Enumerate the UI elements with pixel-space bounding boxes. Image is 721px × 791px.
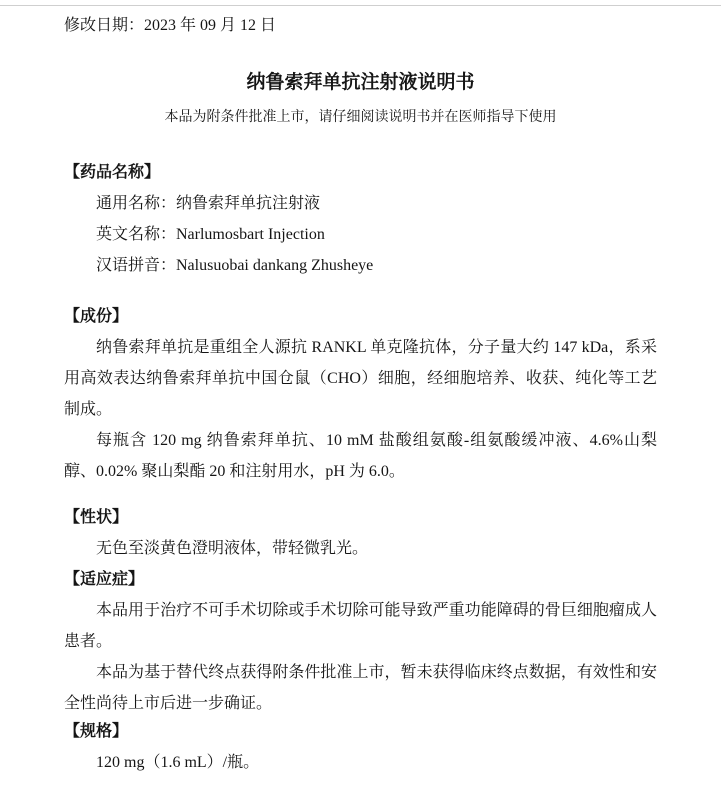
- indications-paragraph-2: 本品为基于替代终点获得附条件批准上市，暂未获得临床终点数据，有效性和安全性尚待上…: [64, 657, 657, 719]
- section-indications: 【适应症】 本品用于治疗不可手术切除或手术切除可能导致严重功能障碍的骨巨细胞瘤成…: [64, 564, 657, 719]
- indications-paragraph-1: 本品用于治疗不可手术切除或手术切除可能导致严重功能障碍的骨巨细胞瘤成人患者。: [64, 595, 657, 657]
- section-heading-indications: 【适应症】: [64, 564, 657, 595]
- section-composition: 【成份】 纳鲁索拜单抗是重组全人源抗 RANKL 单克隆抗体，分子量大约 147…: [64, 301, 657, 487]
- section-heading-drug-name: 【药品名称】: [64, 157, 657, 188]
- doc-title: 纳鲁索拜单抗注射液说明书: [64, 69, 657, 96]
- composition-paragraph-2: 每瓶含 120 mg 纳鲁索拜单抗、10 mM 盐酸组氨酸-组氨酸缓冲液、4.6…: [64, 425, 657, 487]
- document-page: 修改日期：2023 年 09 月 12 日 纳鲁索拜单抗注射液说明书 本品为附条…: [0, 0, 721, 791]
- section-heading-strength: 【规格】: [64, 716, 657, 747]
- section-heading-description: 【性状】: [64, 502, 657, 533]
- section-description: 【性状】 无色至淡黄色澄明液体，带轻微乳光。: [64, 502, 657, 564]
- section-heading-composition: 【成份】: [64, 301, 657, 332]
- pinyin-name-line: 汉语拼音：Nalusuobai dankang Zhusheye: [64, 250, 657, 281]
- section-strength: 【规格】 120 mg（1.6 mL）/瓶。: [64, 716, 657, 778]
- generic-name-line: 通用名称：纳鲁索拜单抗注射液: [64, 188, 657, 219]
- top-divider: [0, 5, 721, 6]
- section-drug-name: 【药品名称】 通用名称：纳鲁索拜单抗注射液 英文名称：Narlumosbart …: [64, 157, 657, 281]
- description-paragraph-1: 无色至淡黄色澄明液体，带轻微乳光。: [64, 533, 657, 564]
- english-name-line: 英文名称：Narlumosbart Injection: [64, 219, 657, 250]
- composition-paragraph-1: 纳鲁索拜单抗是重组全人源抗 RANKL 单克隆抗体，分子量大约 147 kDa，…: [64, 332, 657, 425]
- strength-paragraph-1: 120 mg（1.6 mL）/瓶。: [64, 747, 657, 778]
- revision-date: 修改日期：2023 年 09 月 12 日: [64, 13, 657, 39]
- doc-subtitle: 本品为附条件批准上市，请仔细阅读说明书并在医师指导下使用: [64, 107, 657, 129]
